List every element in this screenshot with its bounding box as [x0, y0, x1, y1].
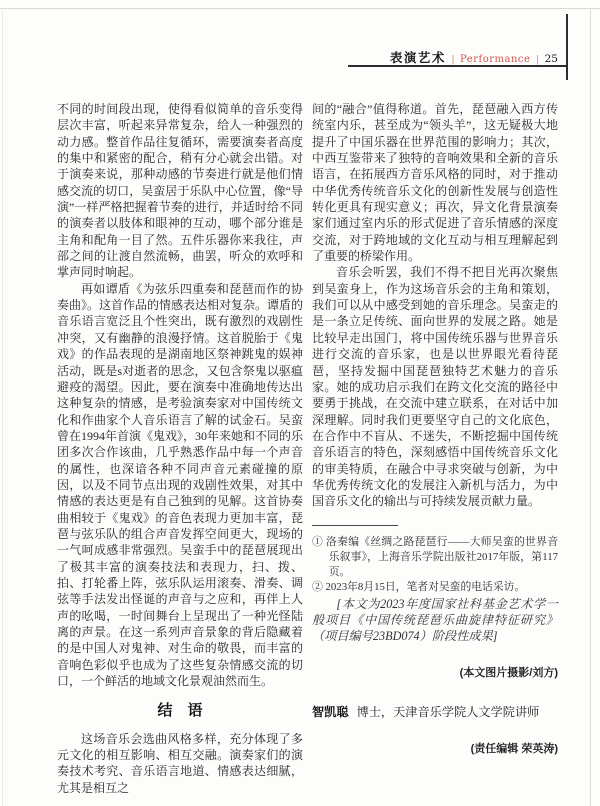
left-column: 不同的时间段出现，使得看似简单的音乐变得层次丰富，听起来异常复杂，给人一种强烈的… [57, 101, 303, 796]
footnote: ② 2023年8月15日，笔者对吴蛮的电话采访。 [312, 580, 558, 595]
footnote-divider [312, 525, 398, 526]
author-line: 智凯聪博士，天津音乐学院人文学院讲师 [312, 704, 558, 720]
page-edge-right [590, 8, 591, 806]
header-section-title-cn: 表演艺术 [390, 48, 446, 66]
right-column: 间的“融合”值得称道。首先，琵琶融入西方传统室内乐，甚至成为“领头羊”，这无疑极… [312, 101, 558, 758]
header-separator: | [536, 53, 538, 65]
author-name: 智凯聪 [312, 705, 349, 719]
footnote: ① 洛秦编《丝绸之路琵琶行——大师吴蛮的世界音乐叙事》，上海音乐学院出版社201… [312, 535, 558, 581]
header-vertical-rule [566, 14, 568, 80]
header-separator: | [452, 53, 454, 65]
running-header: 表演艺术 | Performance | 25 [390, 48, 558, 66]
photo-credit: (本文图片摄影/刘方) [312, 665, 558, 681]
journal-page: 表演艺术 | Performance | 25 不同的时间段出现，使得看似简单的… [0, 0, 600, 806]
body-paragraph: 不同的时间段出现，使得看似简单的音乐变得层次丰富，听起来异常复杂，给人一种强烈的… [57, 101, 303, 281]
author-title: 博士，天津音乐学院人文学院讲师 [357, 705, 540, 719]
body-paragraph: 间的“融合”值得称道。首先，琵琶融入西方传统室内乐，甚至成为“领头羊”，这无疑极… [312, 101, 558, 264]
header-horizontal-rule [348, 65, 567, 67]
body-paragraph: 再如谭盾《为弦乐四重奏和琵琶而作的协奏曲》。这首作品的情感表达相对复杂。谭盾的音… [57, 281, 303, 690]
header-section-title-en: Performance [460, 54, 530, 65]
page-edge-top [0, 8, 600, 9]
editor-credit: (责任编辑 荣英涛) [312, 741, 558, 757]
funding-note: [本文为2023年度国家社科基金艺术学一般项目《中国传统琵琶乐曲旋律特征研究》（… [312, 596, 558, 644]
body-paragraph: 音乐会听罢，我们不得不把目光再次聚焦到吴蛮身上，作为这场音乐会的主角和策划，我们… [312, 264, 558, 509]
body-paragraph: 这场音乐会选曲风格多样，充分体现了多元文化的相互影响、相互交融。演奏家们的演奏技… [57, 731, 303, 796]
conclusion-heading: 结 语 [57, 703, 303, 719]
page-edge-left [2, 8, 3, 806]
page-number: 25 [545, 53, 558, 65]
